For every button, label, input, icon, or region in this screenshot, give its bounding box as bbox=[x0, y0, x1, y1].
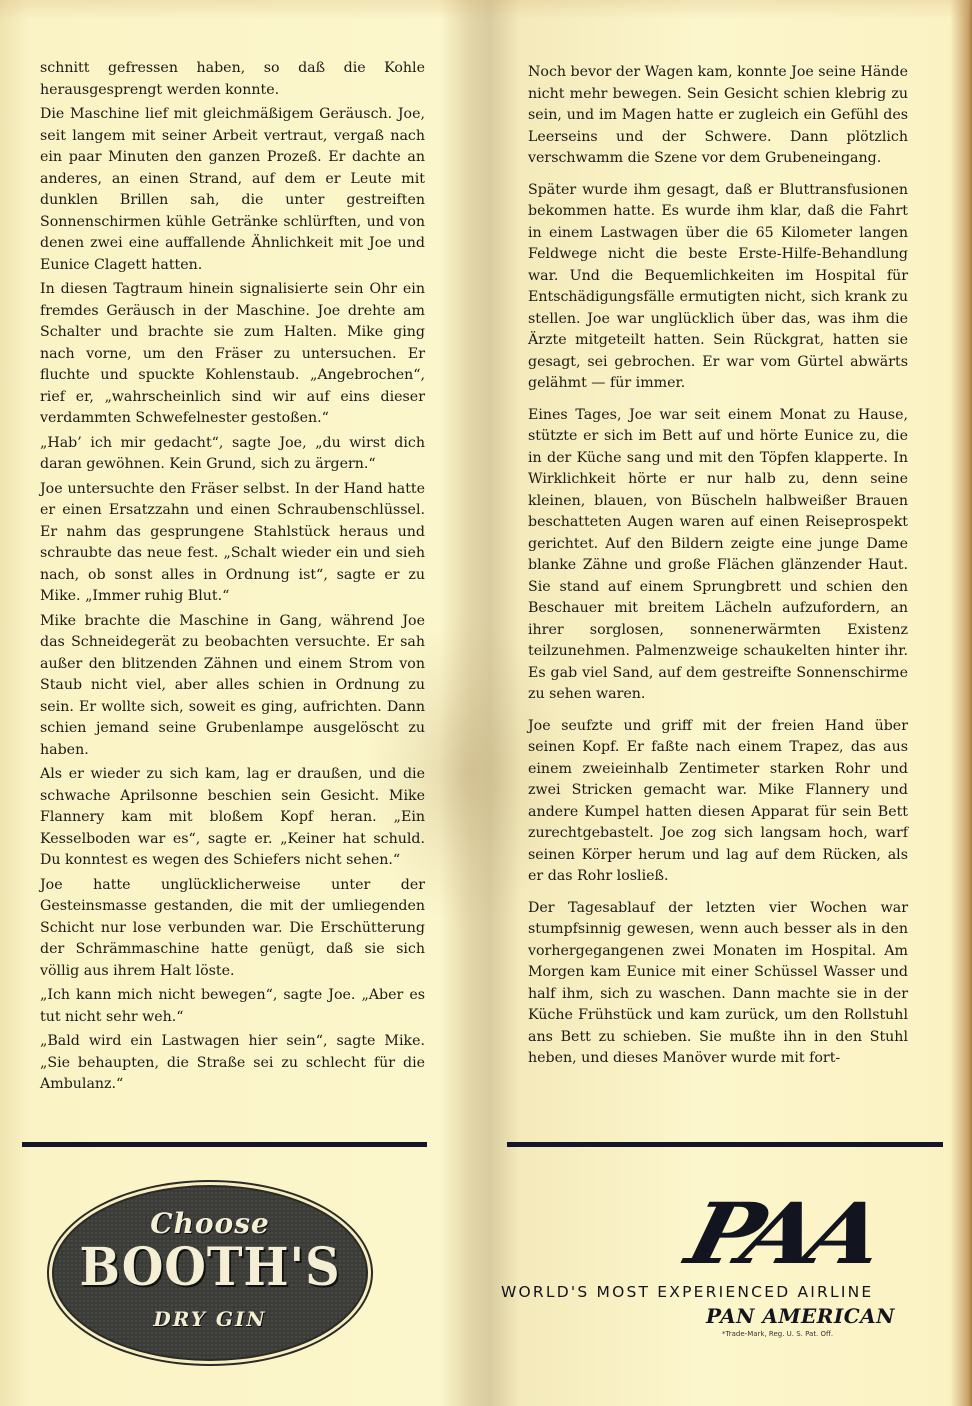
paragraph: Die Maschine lief mit gleichmäßigem Gerä… bbox=[40, 104, 425, 276]
article-column-right: Noch bevor der Wagen kam, konnte Joe sei… bbox=[528, 62, 908, 1080]
paragraph: „Bald wird ein Lastwagen hier sein“, sag… bbox=[40, 1031, 425, 1096]
paragraph: Als er wieder zu sich kam, lag er drauße… bbox=[40, 764, 425, 872]
paragraph: Joe untersuchte den Fräser selbst. In de… bbox=[40, 479, 425, 608]
divider-rule-right bbox=[507, 1142, 943, 1147]
ad-choose-text: Choose bbox=[54, 1207, 366, 1240]
paragraph: In diesen Tagtraum hinein signalisierte … bbox=[40, 279, 425, 430]
magazine-page: schnitt gefressen haben, so daß die Kohl… bbox=[0, 0, 972, 1406]
booths-gin-advertisement: Choose BOOTH'S DRY GIN bbox=[52, 1185, 368, 1361]
pan-am-tagline: WORLD'S MOST EXPERIENCED AIRLINE bbox=[501, 1283, 873, 1301]
ad-brand-name: BOOTH'S bbox=[66, 1237, 353, 1298]
paragraph: Eines Tages, Joe war seit einem Monat zu… bbox=[528, 405, 908, 706]
paragraph: „Ich kann mich nicht bewegen“, sagte Joe… bbox=[40, 985, 425, 1028]
article-column-left: schnitt gefressen haben, so daß die Kohl… bbox=[40, 58, 425, 1099]
paragraph: Der Tagesablauf der letzten vier Wochen … bbox=[528, 898, 908, 1070]
pan-am-name: PAN AMERICAN bbox=[706, 1304, 895, 1328]
paragraph: Noch bevor der Wagen kam, konnte Joe sei… bbox=[528, 62, 908, 170]
ad-product-name: DRY GIN bbox=[54, 1307, 366, 1331]
paragraph: Joe seufzte und griff mit der freien Han… bbox=[528, 716, 908, 888]
paragraph: „Hab’ ich mir gedacht“, sagte Joe, „du w… bbox=[40, 433, 425, 476]
pan-am-trademark: *Trade-Mark, Reg. U. S. Pat. Off. bbox=[722, 1330, 833, 1338]
divider-rule-left bbox=[22, 1142, 427, 1147]
paragraph: Mike brachte die Maschine in Gang, währe… bbox=[40, 611, 425, 762]
pan-am-logo: PAA bbox=[680, 1194, 881, 1274]
paragraph: Joe hatte unglücklicherweise unter der G… bbox=[40, 875, 425, 983]
paragraph: Später wurde ihm gesagt, daß er Bluttran… bbox=[528, 180, 908, 395]
paragraph: schnitt gefressen haben, so daß die Kohl… bbox=[40, 58, 425, 101]
